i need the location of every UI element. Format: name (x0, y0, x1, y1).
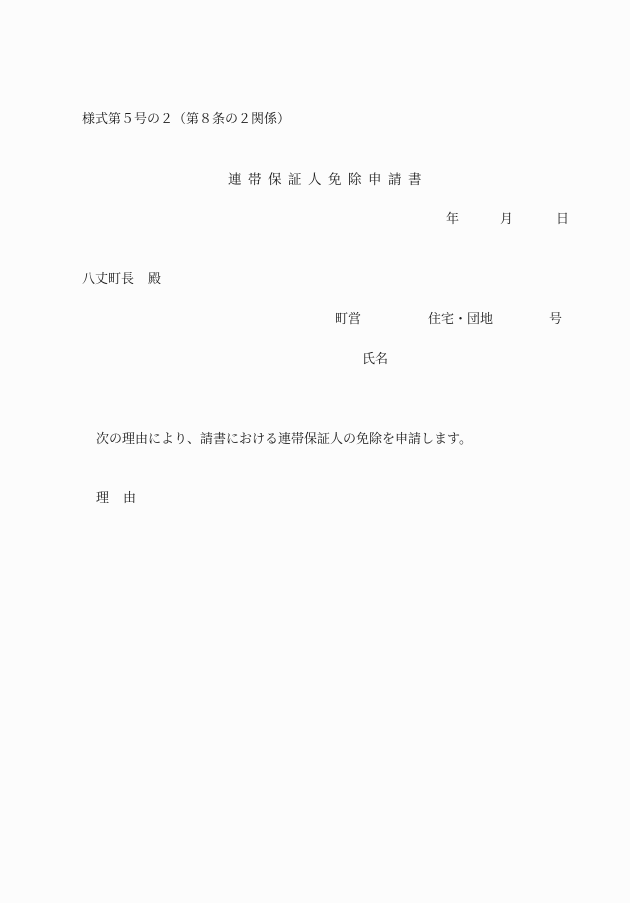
reason-label-second: 由 (123, 491, 136, 506)
addressee-honorific: 殿 (148, 272, 161, 287)
addressee-name: 八丈町長 (82, 272, 134, 287)
address-number-label: 号 (549, 312, 562, 328)
address-town-label: 町営 (335, 312, 361, 328)
date-month-label: 月 (500, 212, 513, 228)
date-day-label: 日 (556, 212, 569, 228)
document-title: 連帯保証人免除申請書 (228, 172, 428, 188)
reason-label-first: 理 (96, 491, 109, 506)
reason-label: 理由 (96, 491, 136, 507)
applicant-name-label: 氏名 (362, 352, 388, 368)
body-text: 次の理由により、請書における連帯保証人の免除を申請します。 (96, 432, 472, 448)
date-year-label: 年 (446, 212, 459, 228)
form-number: 様式第５号の２（第８条の２関係） (82, 112, 290, 128)
addressee: 八丈町長殿 (82, 272, 161, 288)
application-form-page: 様式第５号の２（第８条の２関係） 連帯保証人免除申請書 年 月 日 八丈町長殿 … (0, 0, 630, 903)
address-complex-label: 住宅・団地 (428, 312, 493, 328)
